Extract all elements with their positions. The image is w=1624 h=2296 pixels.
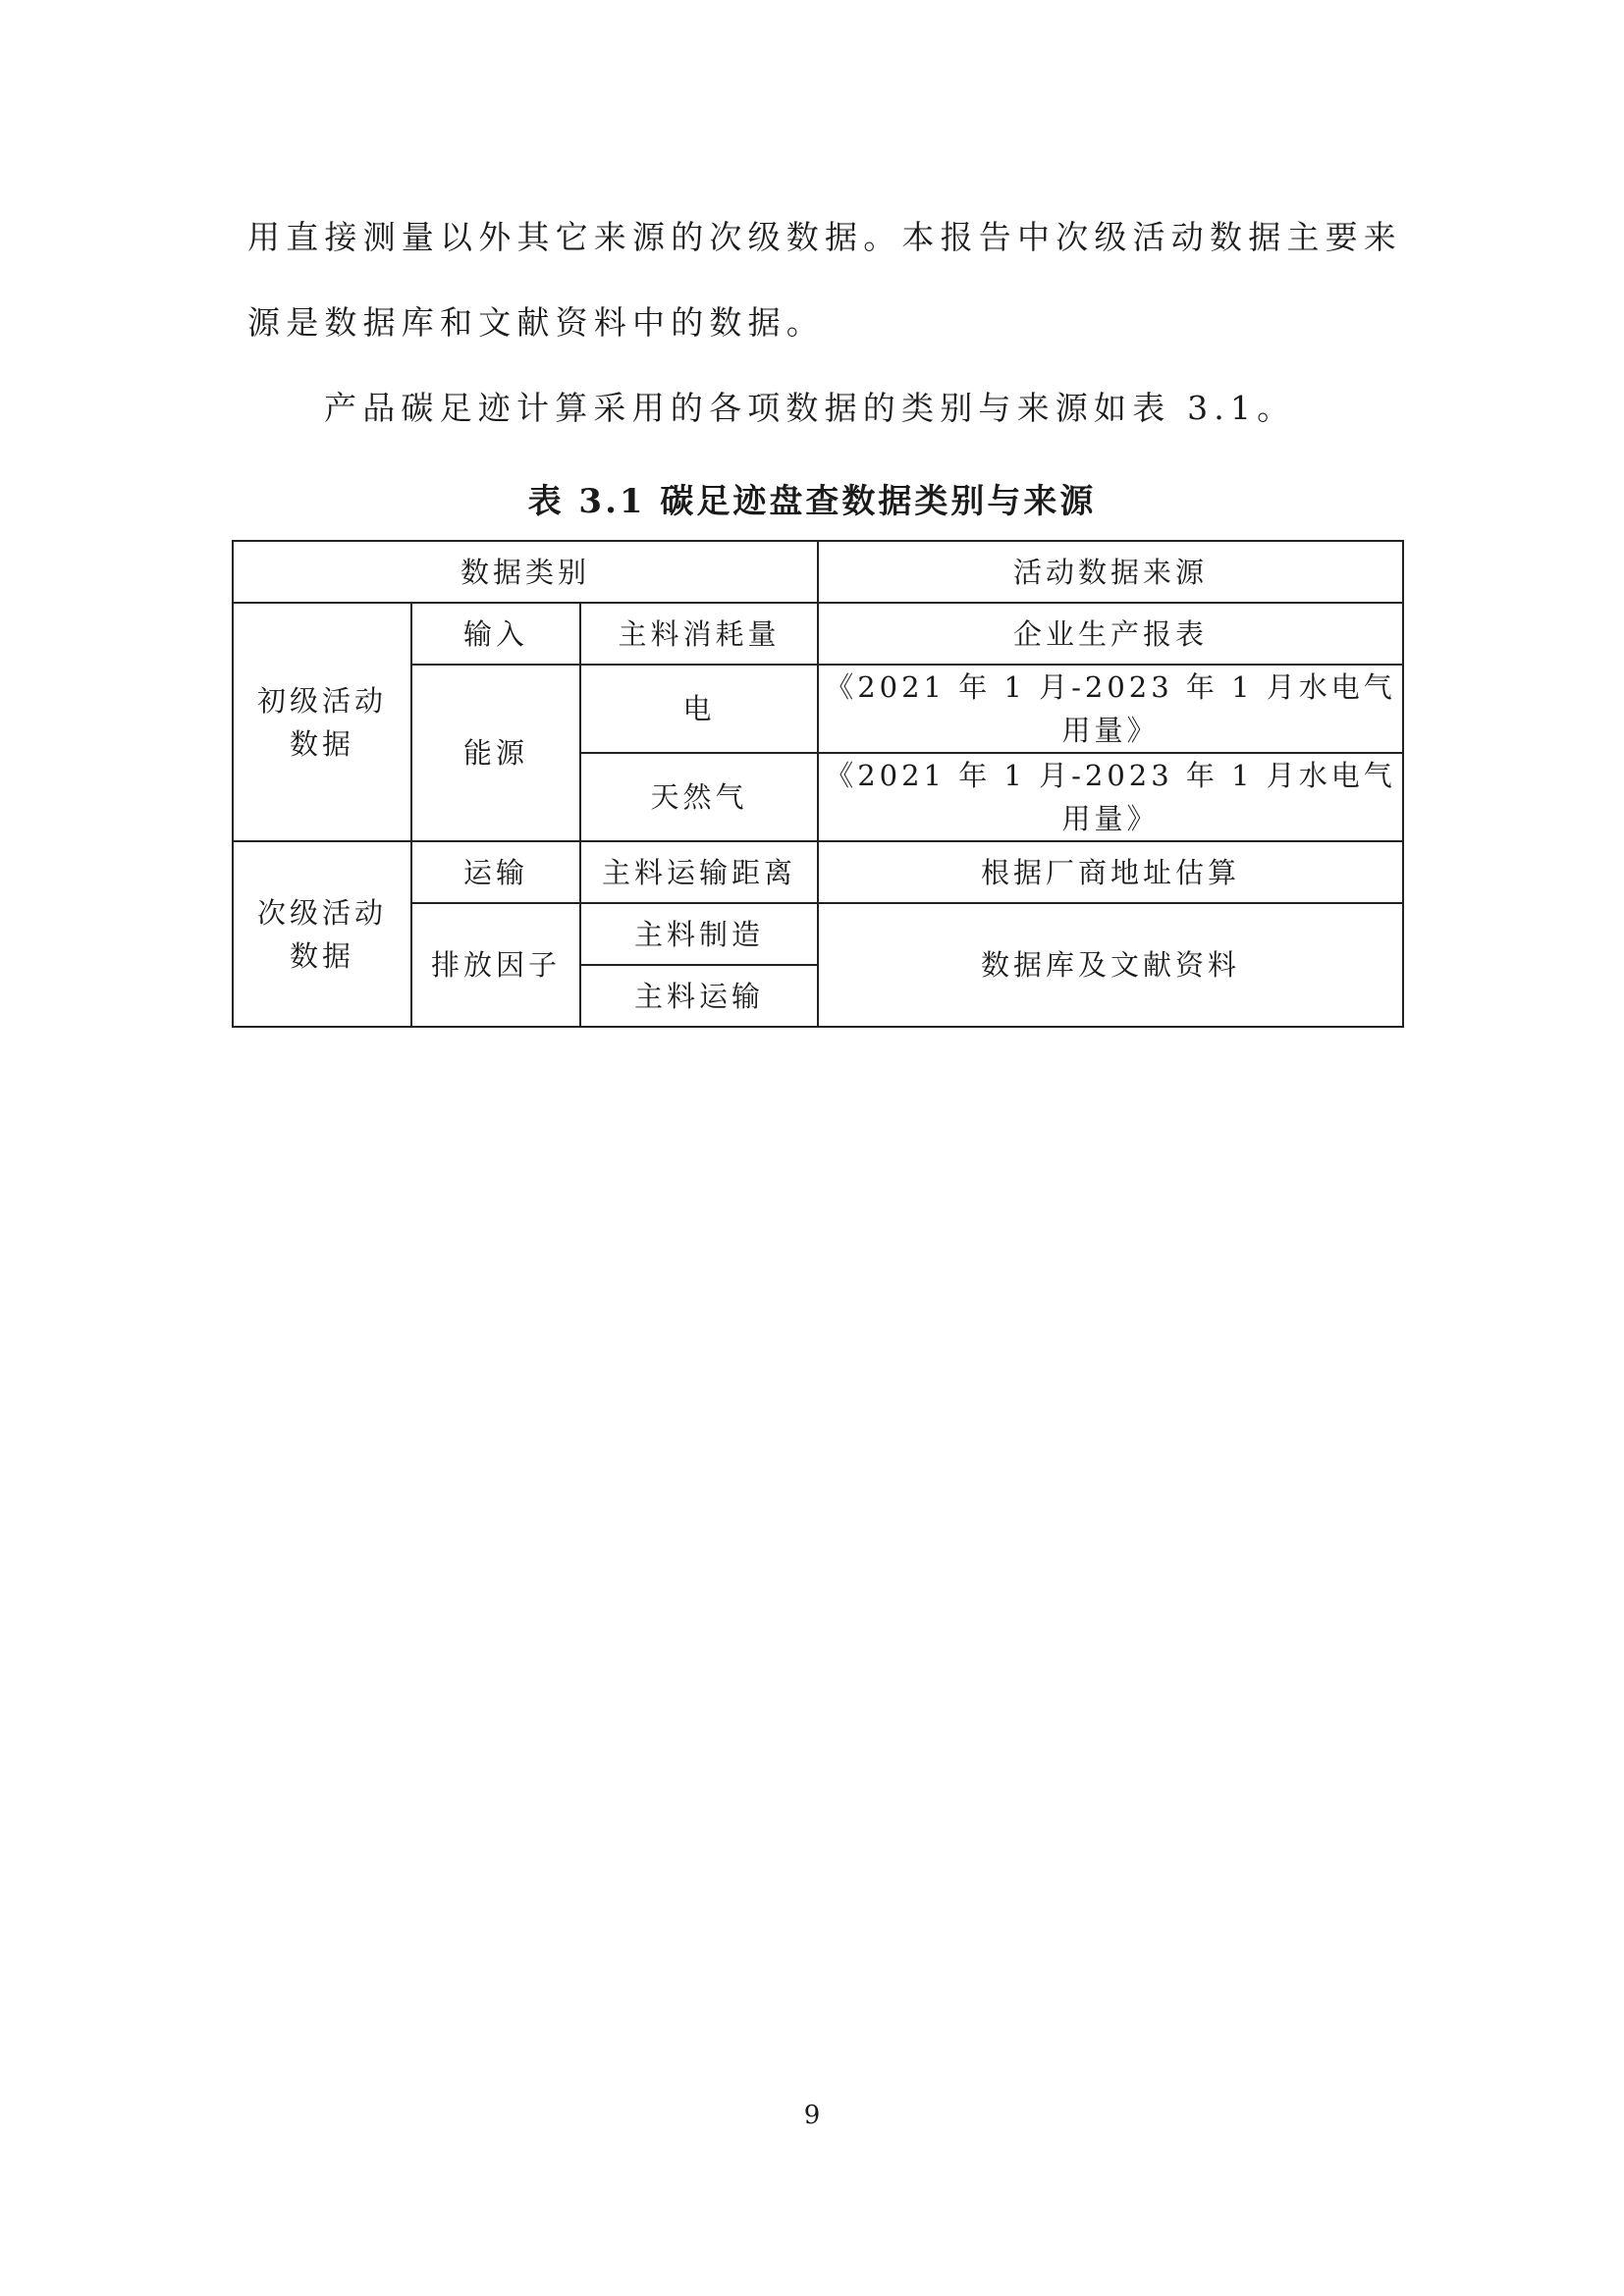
group-label-primary: 初级活动 数据 (233, 603, 411, 841)
group-label-line: 数据 (290, 939, 354, 973)
group-label-line: 次级活动 (257, 896, 387, 930)
header-category: 数据类别 (233, 541, 818, 603)
item-source: 《2021 年 1 月-2023 年 1 月水电气用量》 (818, 753, 1403, 841)
item-name: 天然气 (580, 753, 818, 841)
table-caption: 表 3.1 碳足迹盘查数据类别与来源 (0, 474, 1624, 522)
subgroup-label: 排放因子 (411, 903, 580, 1027)
subgroup-label: 运输 (411, 841, 580, 903)
item-source: 《2021 年 1 月-2023 年 1 月水电气用量》 (818, 665, 1403, 753)
body-paragraph: 产品碳足迹计算采用的各项数据的类别与来源如表 3.1。 (324, 389, 1295, 428)
item-name: 主料运输 (580, 965, 818, 1027)
subgroup-label: 能源 (411, 665, 580, 841)
item-source-shared: 数据库及文献资料 (818, 903, 1403, 1027)
data-source-table: 数据类别 活动数据来源 初级活动 数据 输入 主料消耗量 企业生产报表 能源 电… (232, 540, 1404, 1028)
item-name: 主料消耗量 (580, 603, 818, 665)
item-name: 主料制造 (580, 903, 818, 965)
subgroup-label: 输入 (411, 603, 580, 665)
group-label-line: 数据 (290, 727, 354, 761)
group-label-line: 初级活动 (257, 684, 387, 718)
table-header-row: 数据类别 活动数据来源 (233, 541, 1403, 603)
table-row: 初级活动 数据 输入 主料消耗量 企业生产报表 (233, 603, 1403, 665)
item-name: 主料运输距离 (580, 841, 818, 903)
page-number: 9 (0, 2101, 1624, 2130)
table-row: 次级活动 数据 运输 主料运输距离 根据厂商地址估算 (233, 841, 1403, 903)
item-source: 根据厂商地址估算 (818, 841, 1403, 903)
header-source: 活动数据来源 (818, 541, 1403, 603)
item-source: 企业生产报表 (818, 603, 1403, 665)
body-paragraph-line: 用直接测量以外其它来源的次级数据。本报告中次级活动数据主要来 (247, 218, 1402, 257)
item-name: 电 (580, 665, 818, 753)
group-label-secondary: 次级活动 数据 (233, 841, 411, 1027)
body-paragraph-line: 源是数据库和文献资料中的数据。 (247, 303, 825, 343)
